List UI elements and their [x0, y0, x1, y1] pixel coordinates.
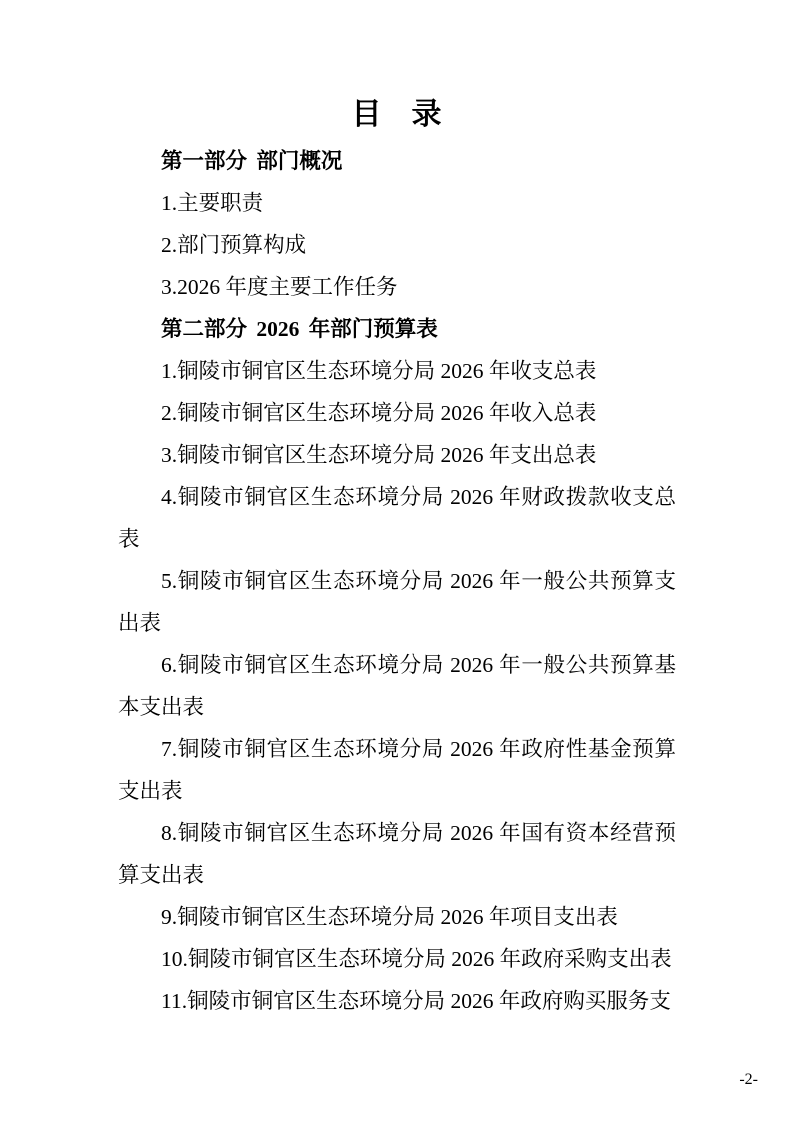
toc-item: 5.铜陵市铜官区生态环境分局 2026 年一般公共预算支出表 — [118, 560, 676, 644]
page-footer: -2- — [739, 1070, 758, 1090]
table-of-contents: 第一部分 部门概况 1.主要职责 2.部门预算构成 3.2026 年度主要工作任… — [118, 140, 676, 1022]
toc-item: 1.主要职责 — [118, 182, 676, 224]
document-page: 目 录 第一部分 部门概况 1.主要职责 2.部门预算构成 3.2026 年度主… — [0, 0, 793, 1122]
section-heading-part2: 第二部分 2026 年部门预算表 — [118, 308, 676, 350]
toc-item: 3.铜陵市铜官区生态环境分局 2026 年支出总表 — [118, 434, 676, 476]
toc-item: 1.铜陵市铜官区生态环境分局 2026 年收支总表 — [118, 350, 676, 392]
toc-item: 9.铜陵市铜官区生态环境分局 2026 年项目支出表 — [118, 896, 676, 938]
toc-item: 2.铜陵市铜官区生态环境分局 2026 年收入总表 — [118, 392, 676, 434]
toc-item: 2.部门预算构成 — [118, 224, 676, 266]
toc-item: 3.2026 年度主要工作任务 — [118, 266, 676, 308]
toc-item: 11.铜陵市铜官区生态环境分局 2026 年政府购买服务支 — [118, 980, 676, 1022]
toc-item: 4.铜陵市铜官区生态环境分局 2026 年财政拨款收支总表 — [118, 476, 676, 560]
page-title: 目 录 — [0, 96, 793, 134]
section-heading-part1: 第一部分 部门概况 — [118, 140, 676, 182]
toc-item: 10.铜陵市铜官区生态环境分局 2026 年政府采购支出表 — [118, 938, 676, 980]
toc-item: 6.铜陵市铜官区生态环境分局 2026 年一般公共预算基本支出表 — [118, 644, 676, 728]
toc-item: 7.铜陵市铜官区生态环境分局 2026 年政府性基金预算支出表 — [118, 728, 676, 812]
toc-item: 8.铜陵市铜官区生态环境分局 2026 年国有资本经营预算支出表 — [118, 812, 676, 896]
page-number: -2- — [739, 1071, 758, 1088]
